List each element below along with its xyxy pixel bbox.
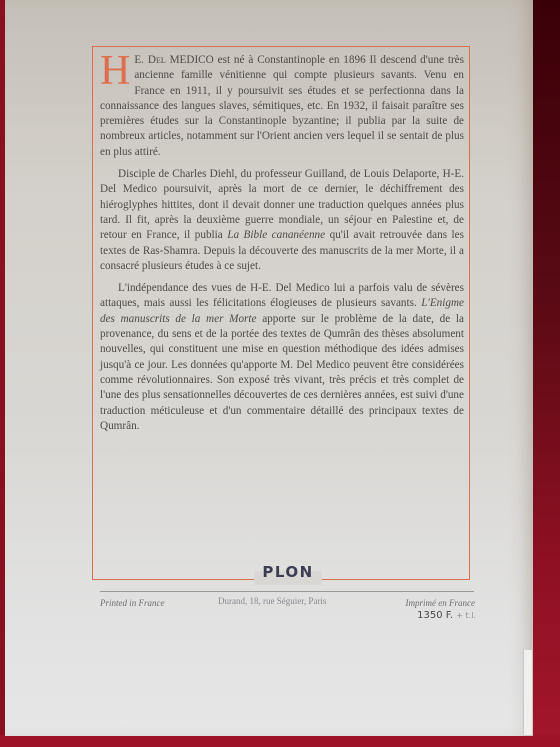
printed-in-france: Printed in France — [100, 598, 165, 608]
publisher-logo: PLON — [254, 563, 322, 581]
price-tax: + t.l. — [456, 611, 476, 620]
book-title-bible: La Bible cananéenne — [227, 229, 325, 241]
drop-cap: H — [100, 55, 130, 87]
price-label: 1350 F. + t.l. — [417, 610, 476, 621]
blurb-paragraph-1: HE. Del MEDICO est né à Constantinople e… — [100, 53, 464, 160]
author-blurb: HE. Del MEDICO est né à Constantinople e… — [100, 53, 464, 441]
price-value: 1350 F. — [417, 610, 453, 621]
red-backdrop — [532, 0, 560, 747]
blurb-paragraph-3: L'indépendance des vues de H-E. Del Medi… — [100, 281, 464, 434]
imprime-en-france: Imprimé en France — [406, 598, 475, 608]
blurb-text: L'indépendance des vues de H-E. Del Medi… — [100, 282, 464, 309]
footer-rule — [100, 591, 474, 592]
blurb-paragraph-2: Disciple de Charles Diehl, du professeur… — [100, 167, 464, 274]
author-name: E. Del MEDICO — [134, 54, 213, 66]
blurb-text: est né à Constantinople en 1896 Il desce… — [100, 54, 464, 158]
cover-flap-edge — [523, 650, 532, 735]
red-backdrop-bottom — [0, 735, 560, 747]
printer-address: Durand, 18, rue Séguier, Paris — [218, 596, 326, 606]
blurb-text: apporte sur le problème de la date, de l… — [100, 313, 464, 432]
